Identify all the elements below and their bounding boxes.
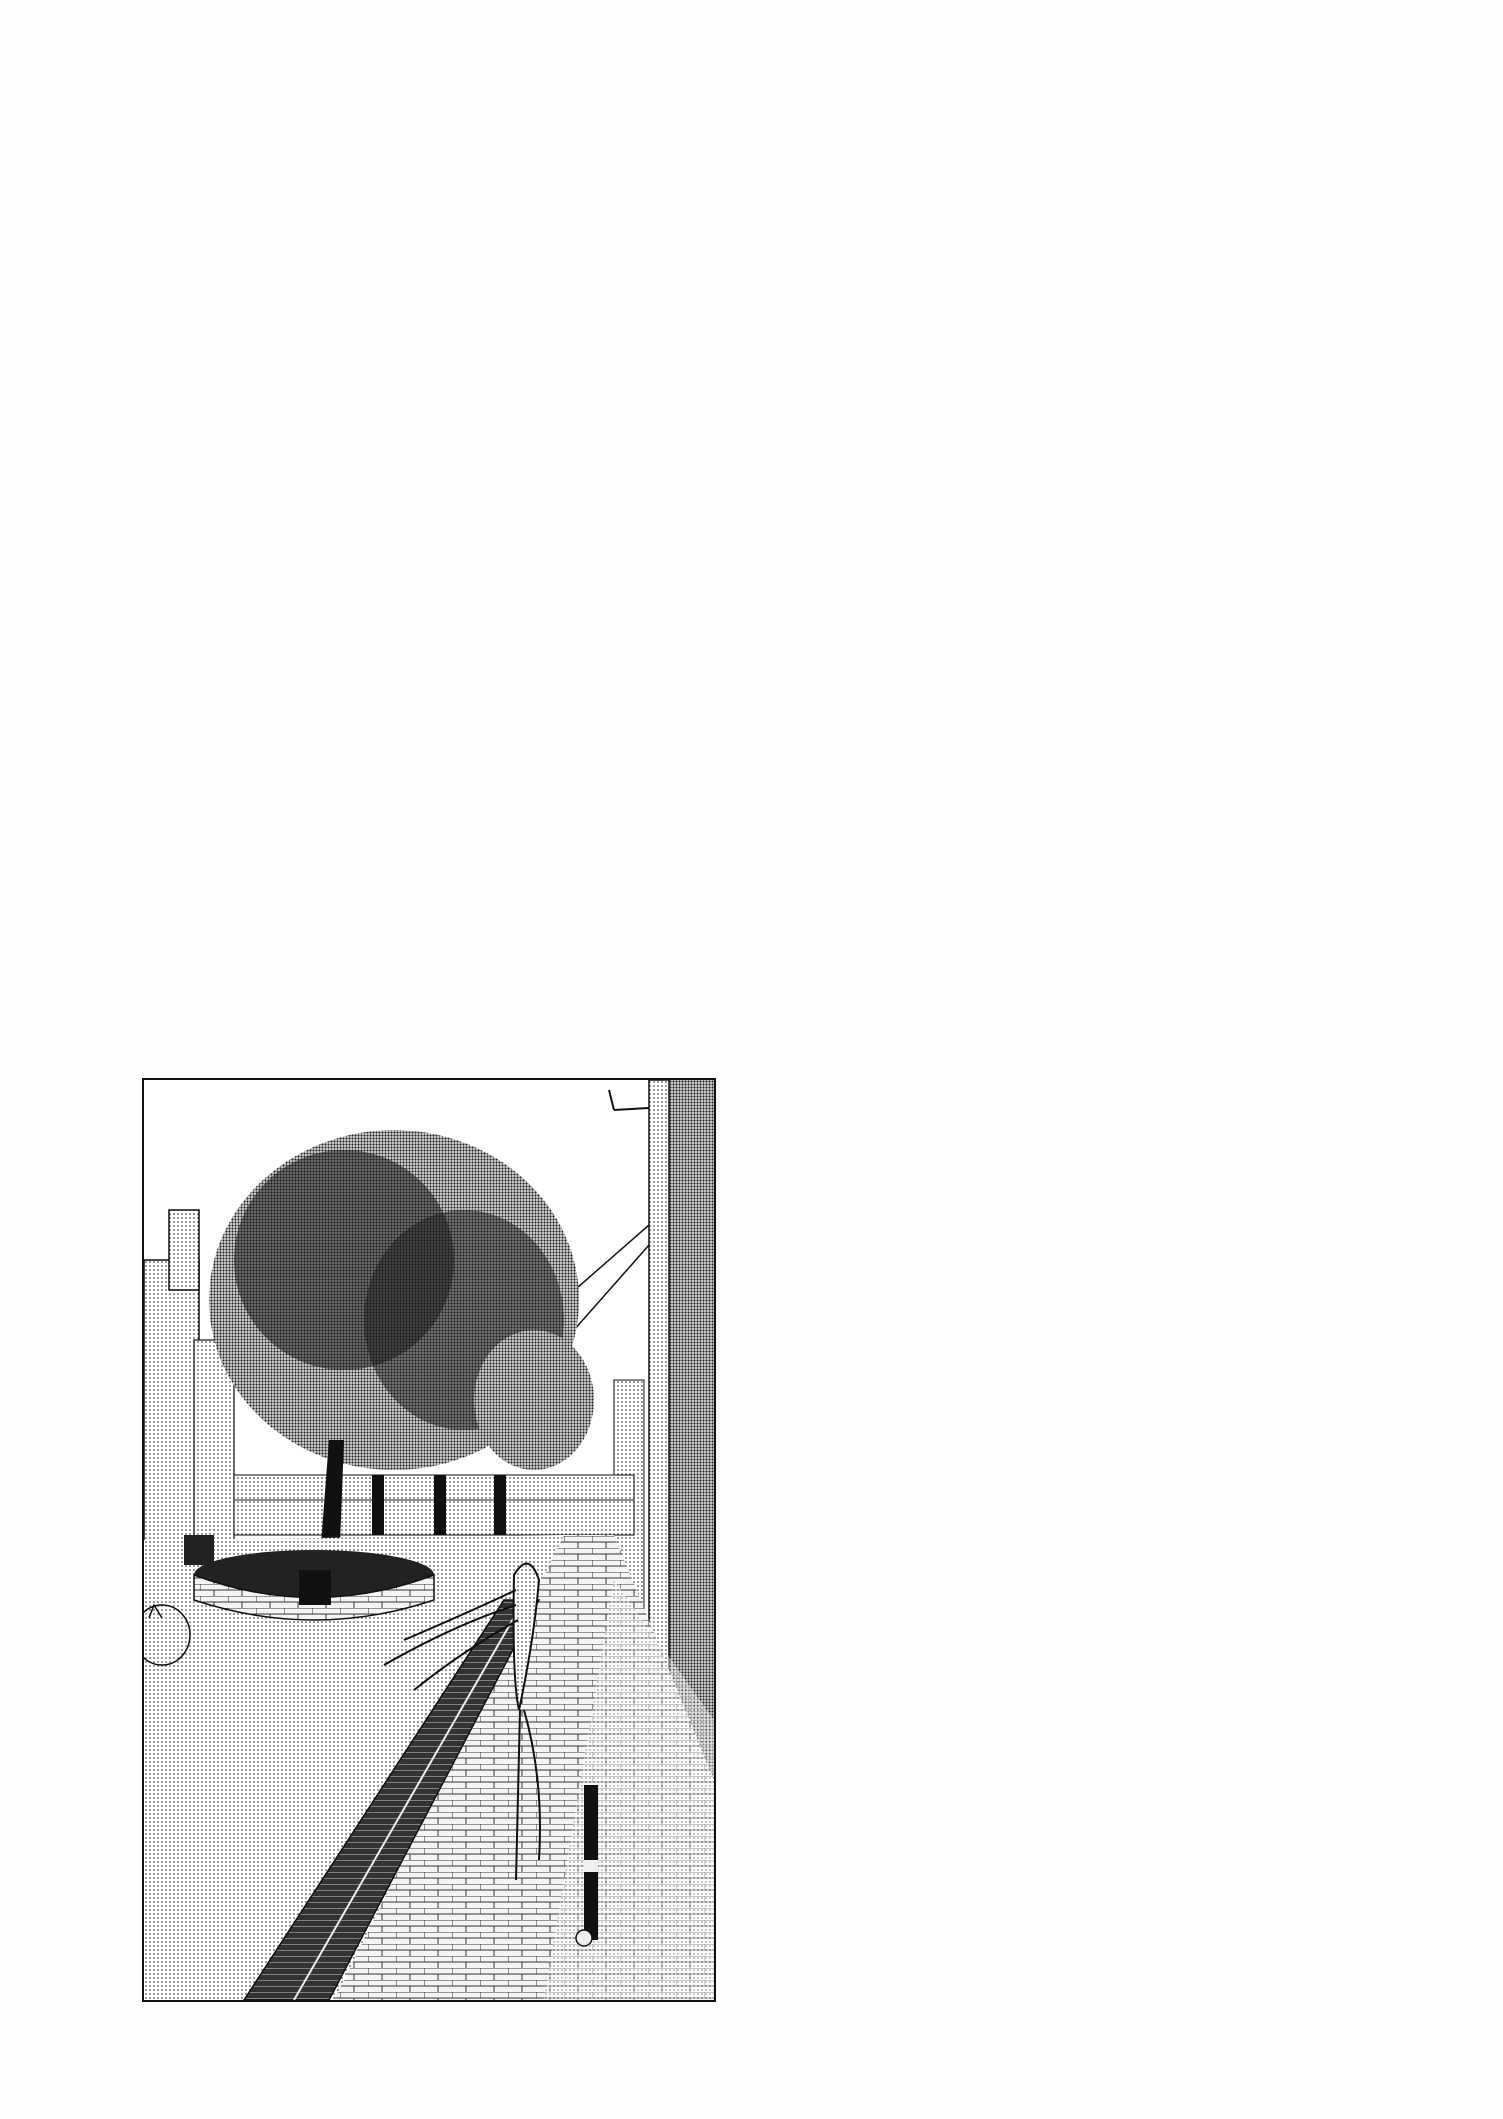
panel-illustration <box>144 1080 714 2000</box>
panel-street-scene <box>142 1078 716 2002</box>
manga-page <box>0 0 1503 2119</box>
wall <box>234 1475 634 1535</box>
